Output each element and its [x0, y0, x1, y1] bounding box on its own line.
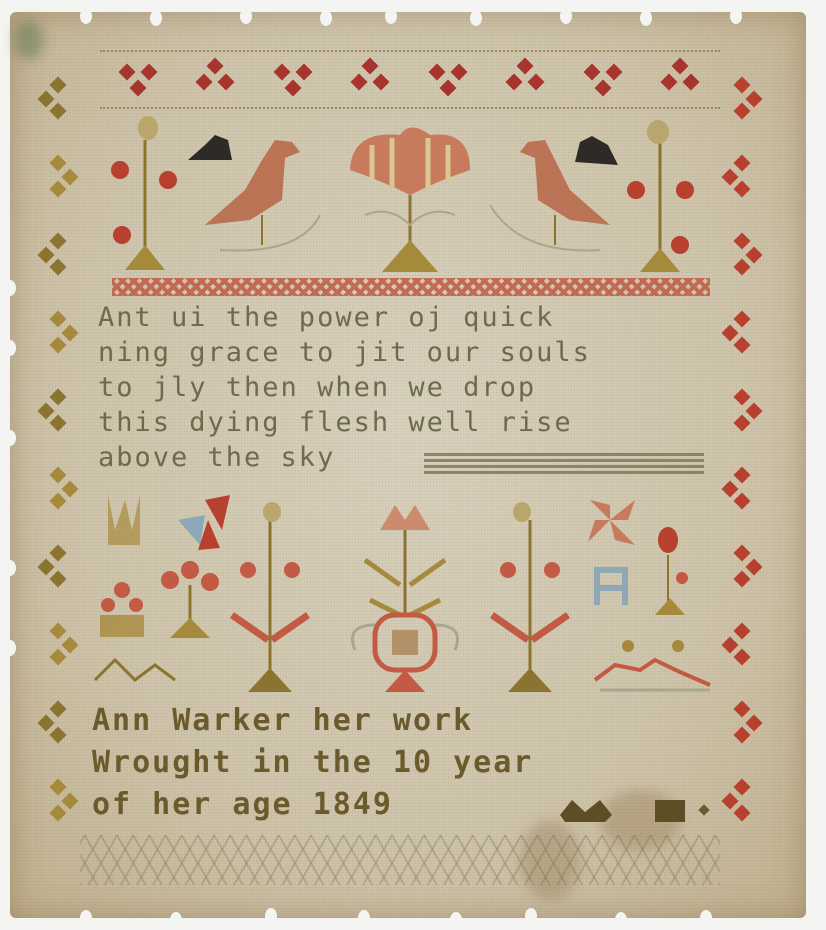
chair-icon: [655, 800, 685, 822]
bottom-border-band: [80, 835, 720, 885]
inscription-decorations: [0, 0, 826, 930]
crown-icon: [560, 800, 612, 822]
small-diamond-icon: [698, 804, 709, 815]
